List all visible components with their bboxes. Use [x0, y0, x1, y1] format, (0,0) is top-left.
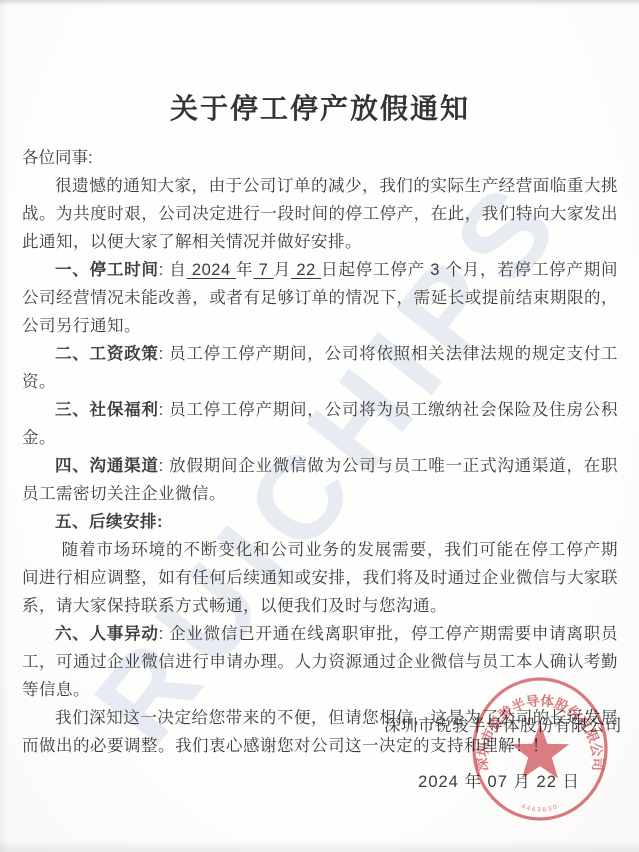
text-run: 年	[236, 261, 253, 279]
salutation: 各位同事:	[22, 144, 618, 172]
seal-serial-number: 4463630	[520, 803, 560, 814]
paragraph: 二、工资政策: 员工停工停产期间，公司将依照相关法律法规的规定支付工资。	[22, 340, 618, 396]
photographed-notice-page: RUICHIPS 关于停工停产放假通知 各位同事: 很遗憾的通知大家，由于公司订…	[0, 0, 639, 852]
text-run: 六、人事异动	[55, 625, 159, 643]
paragraph: 一、停工时间: 自 2024 年 7 月 22 日起停工停产 3 个月，若停工停…	[22, 256, 618, 340]
paragraph: 四、沟通渠道: 放假期间企业微信做为公司与员工唯一正式沟通渠道，在职员工需密切关…	[22, 452, 618, 508]
text-run: 五、后续安排:	[55, 513, 163, 531]
paragraphs: 很遗憾的通知大家，由于公司订单的减少，我们的实际生产经营面临重大挑战。为共度时艰…	[22, 172, 618, 760]
notice-document: 关于停工停产放假通知 各位同事: 很遗憾的通知大家，由于公司订单的减少，我们的实…	[0, 0, 639, 760]
text-run: 一、停工时间	[55, 261, 159, 279]
paragraph: 六、人事异动: 企业微信已开通在线离职审批，停工停产期需要申请离职员工，可通过企…	[22, 620, 618, 704]
text-run: 7	[253, 261, 273, 279]
photo-edge-bottom	[0, 840, 639, 852]
text-run: : 自	[159, 261, 187, 279]
paragraph: 五、后续安排:	[22, 508, 618, 536]
signature-date: 2024 年 07 月 22 日	[384, 768, 622, 796]
paragraph: 随着市场环境的不断变化和公司业务的发展需要，我们可能在停工停产期间进行相应调整，…	[22, 536, 618, 620]
text-run: 随着市场环境的不断变化和公司业务的发展需要，我们可能在停工停产期间进行相应调整，…	[22, 541, 618, 615]
text-run: 2024	[187, 261, 236, 279]
paragraph: 很遗憾的通知大家，由于公司订单的减少，我们的实际生产经营面临重大挑战。为共度时艰…	[22, 172, 618, 256]
text-run: 四、沟通渠道	[55, 457, 159, 475]
signature-company: 深圳市锐骏半导体股份有限公司	[384, 712, 622, 740]
text-run: 很遗憾的通知大家，由于公司订单的减少，我们的实际生产经营面临重大挑战。为共度时艰…	[22, 177, 618, 251]
text-run: 22	[291, 261, 321, 279]
signature-block: 深圳市锐骏半导体股份有限公司 2024 年 07 月 22 日	[384, 712, 622, 796]
notice-title: 关于停工停产放假通知	[22, 90, 618, 128]
text-run: 月	[274, 261, 291, 279]
text-run: 三、社保福利	[55, 401, 159, 419]
paragraph: 三、社保福利: 员工停工停产期间，公司将为员工缴纳社会保险及住房公积金。	[22, 396, 618, 452]
svg-text:4463630: 4463630	[520, 803, 560, 814]
text-run: 二、工资政策	[55, 345, 159, 363]
